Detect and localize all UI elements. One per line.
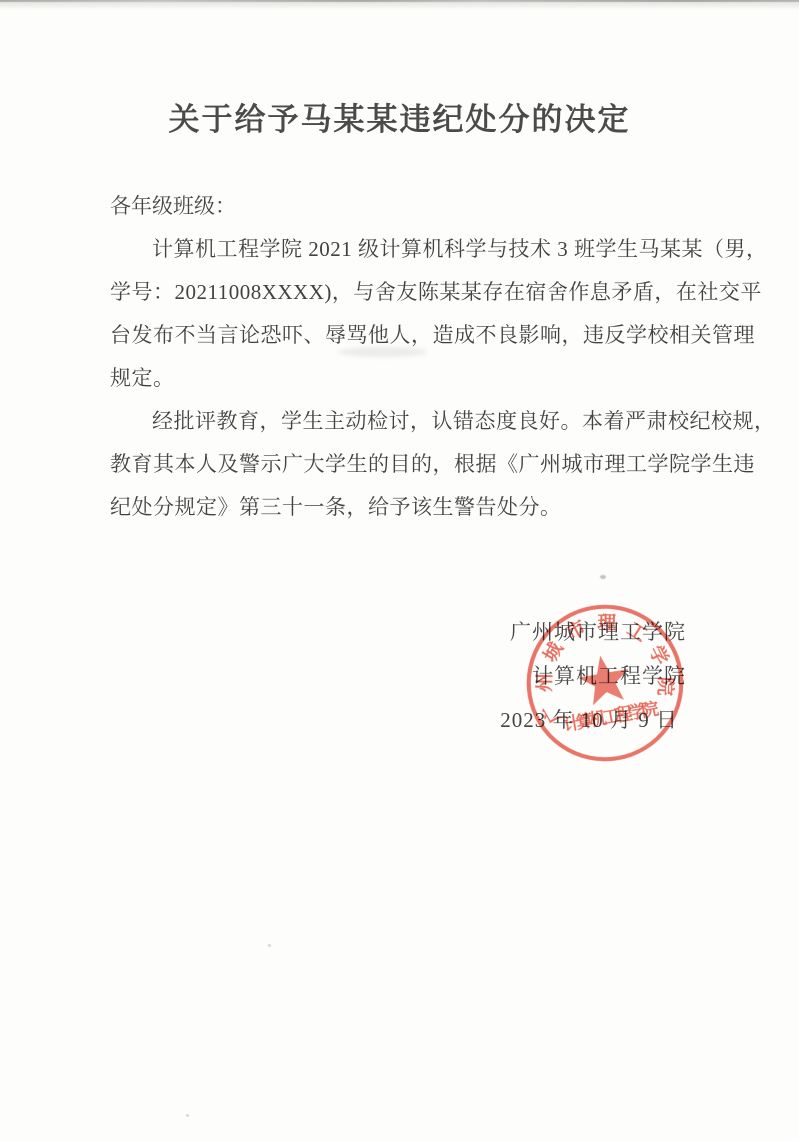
body-paragraph1-line3: 台发布不当言论恐吓、辱骂他人，造成不良影响，违反学校相关管理 xyxy=(110,319,755,349)
scan-smudge xyxy=(338,347,428,357)
body-paragraph1-line4: 规定。 xyxy=(110,362,175,392)
document-title: 关于给予马某某违纪处分的决定 xyxy=(0,94,799,139)
salutation: 各年级班级： xyxy=(110,190,236,220)
signature-date: 2023 年 10 月 9 日 xyxy=(500,704,678,734)
scanned-document-page: 关于给予马某某违纪处分的决定 各年级班级： 计算机工程学院 2021 级计算机科… xyxy=(0,0,799,1141)
scan-speck xyxy=(268,944,271,947)
signature-department: 计算机工程学院 xyxy=(532,660,686,690)
body-paragraph2-line1: 经批评教育，学生主动检讨，认错态度良好。本着严肃校纪校规， xyxy=(110,405,776,435)
scan-speck xyxy=(186,1114,189,1117)
body-paragraph1-line2: 学号：20211008XXXX)，与舍友陈某某存在宿舍作息矛盾，在社交平 xyxy=(110,276,762,306)
body-paragraph2-line3: 纪处分规定》第三十一条，给予该生警告处分。 xyxy=(110,491,562,521)
signature-university: 广州城市理工学院 xyxy=(510,616,686,646)
scan-speck xyxy=(600,575,606,579)
body-paragraph2-line2: 教育其本人及警示广大学生的目的，根据《广州城市理工学院学生违 xyxy=(110,448,755,478)
scan-edge-shadow xyxy=(0,0,799,10)
body-paragraph1-line1: 计算机工程学院 2021 级计算机科学与技术 3 班学生马某某（男， xyxy=(110,233,768,263)
